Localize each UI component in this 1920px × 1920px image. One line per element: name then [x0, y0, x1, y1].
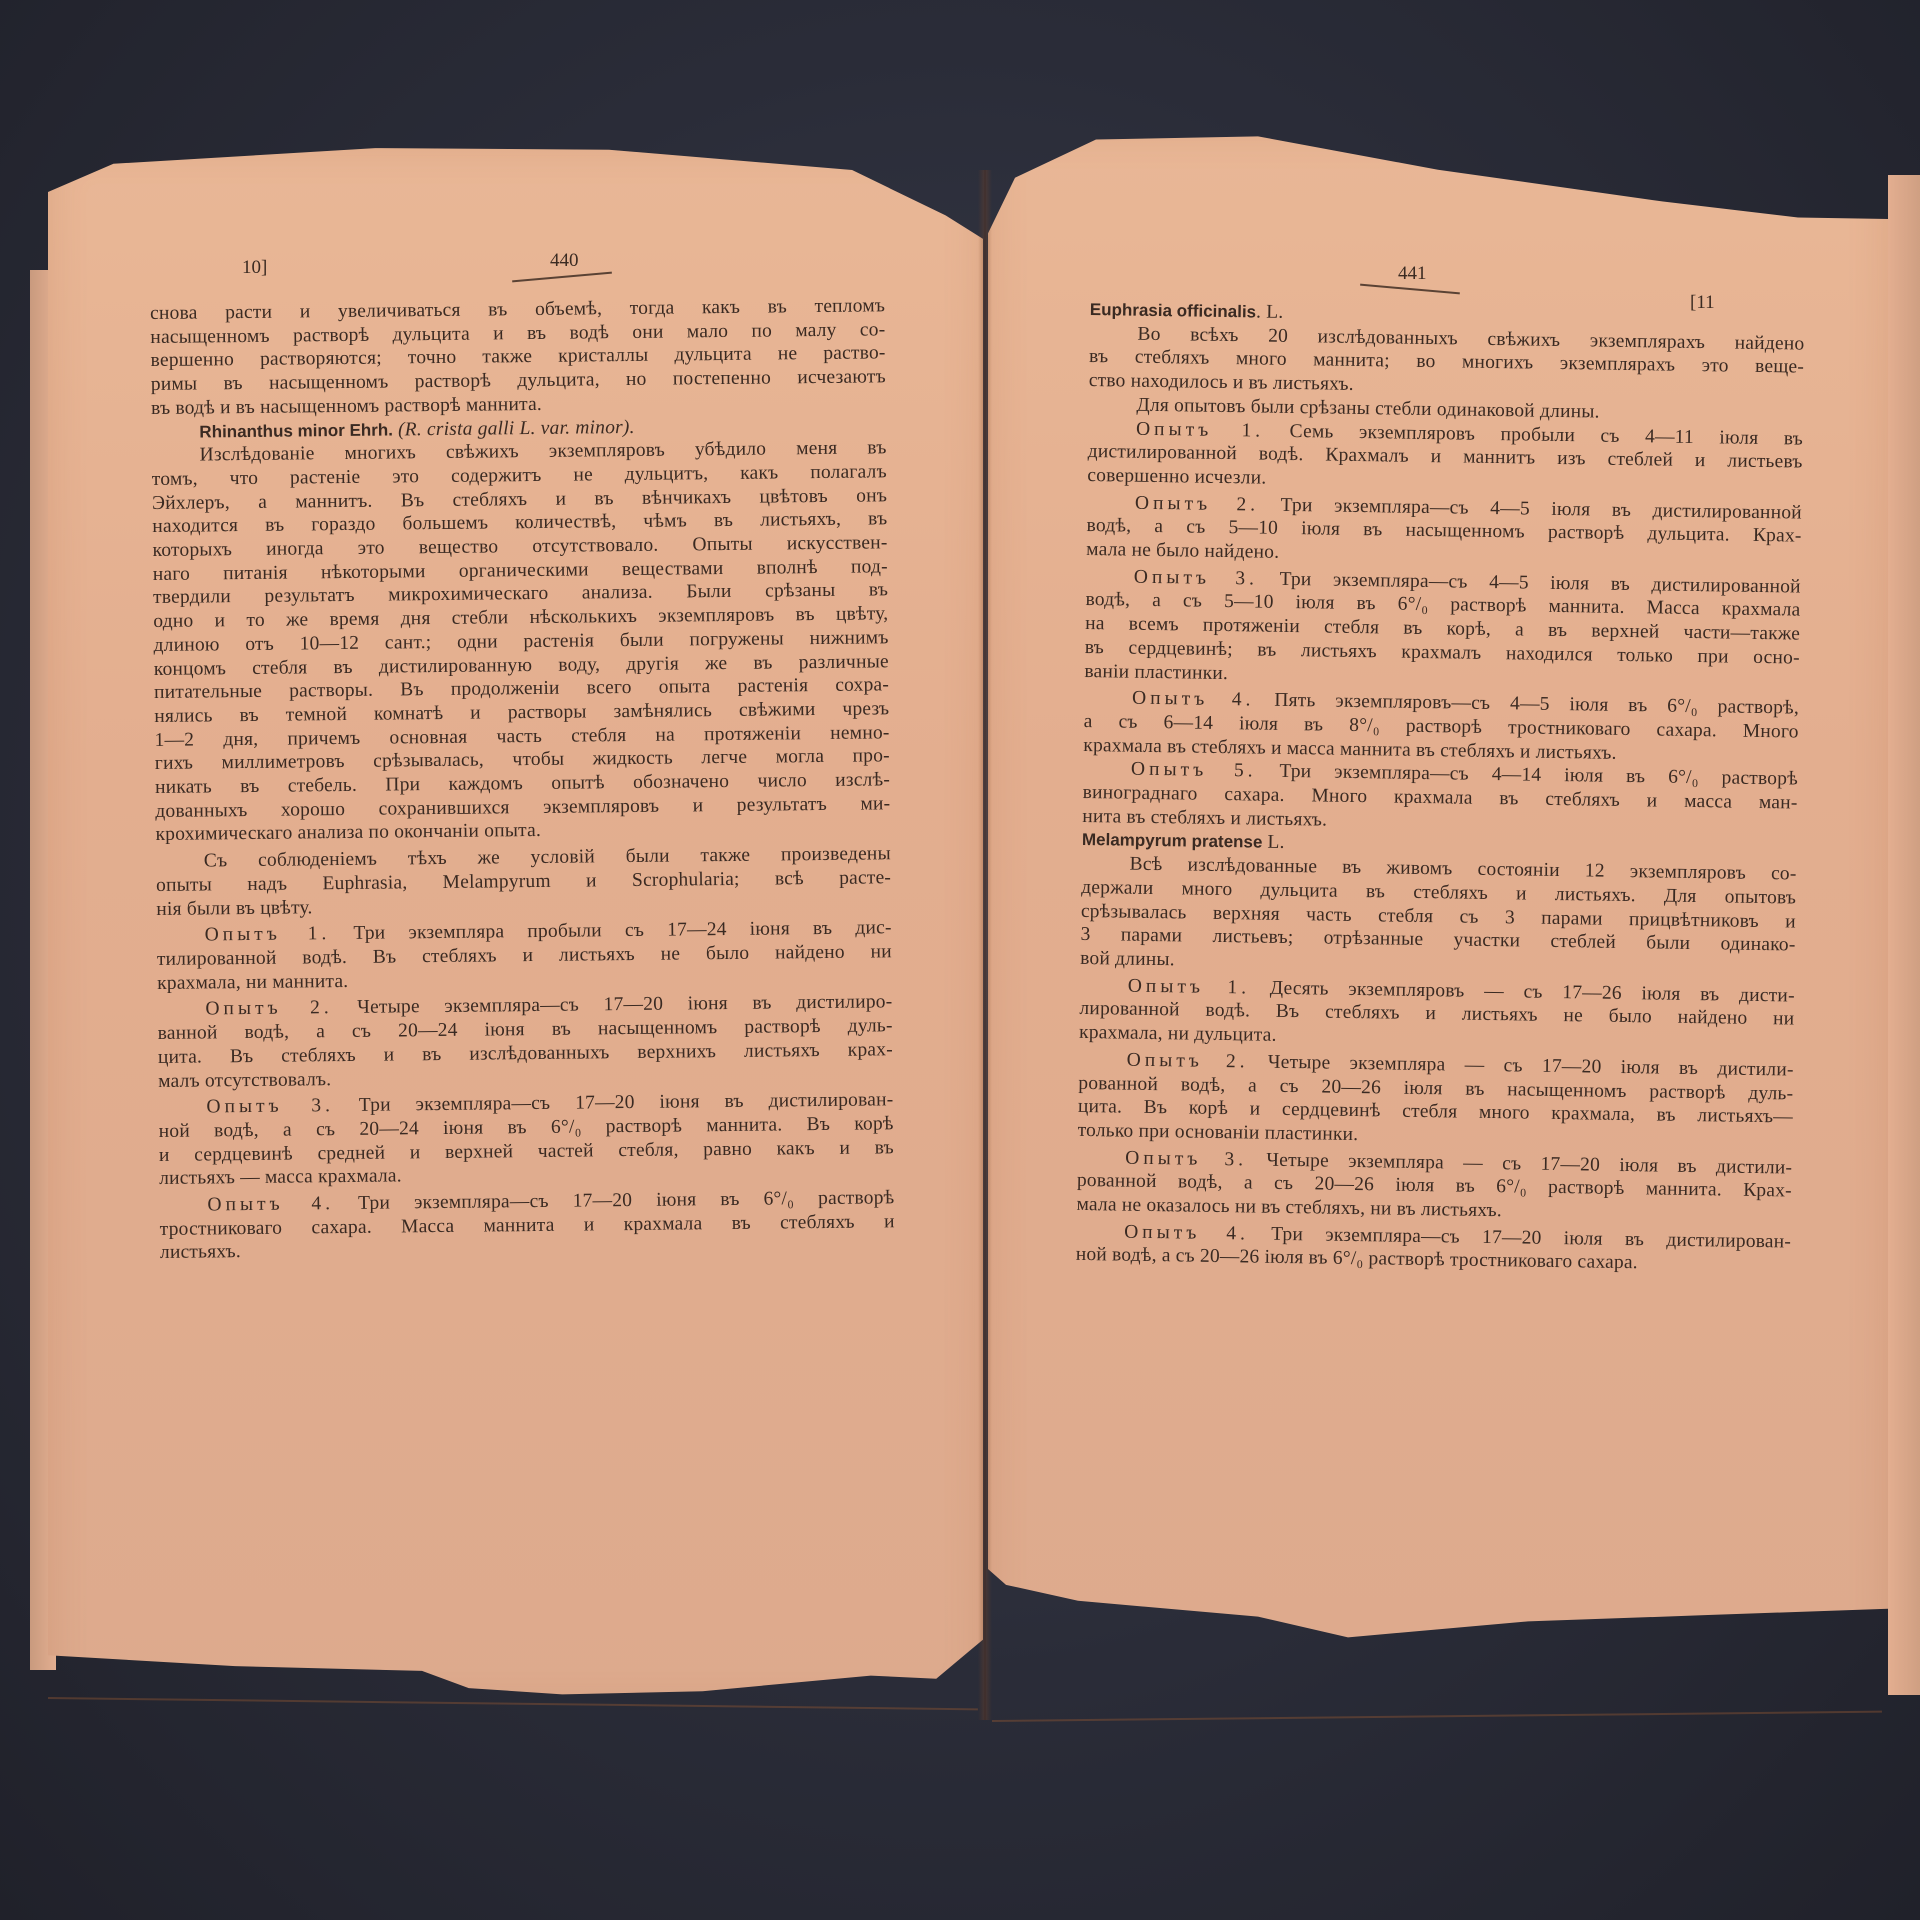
left-signature-mark: 10] [242, 257, 267, 279]
experiment-label: Опытъ 1. [205, 923, 331, 945]
left-page-fold-line [48, 1697, 978, 1710]
species-name: Euphrasia officinalis [1090, 300, 1257, 321]
book-gutter [978, 170, 992, 1720]
experiment-label: Опытъ 3. [1134, 566, 1258, 589]
species-name: Melampyrum pratense [1082, 830, 1263, 852]
experiment-label: Опытъ 4. [1124, 1221, 1249, 1244]
experiment-label: Опытъ 2. [205, 998, 332, 1020]
right-page-text: Euphrasia officinalis. L. Во всѣхъ 20 из… [1076, 298, 1805, 1278]
species-name: Rhinanthus minor Ehrh. [199, 420, 393, 441]
right-page-fold-line [992, 1711, 1882, 1722]
experiment-label: Опытъ 1. [1128, 975, 1251, 998]
experiment-label: Опытъ 4. [1132, 688, 1255, 711]
experiment-label: Опытъ 5. [1131, 759, 1257, 782]
experiment-label: Опытъ 2. [1135, 492, 1259, 515]
experiment-label: Опытъ 4. [207, 1193, 334, 1215]
left-page-text: снова расти и увеличиваться въ объемѣ, т… [150, 294, 895, 1265]
experiment-label: Опытъ 3. [1125, 1147, 1247, 1170]
left-page-number: 440 [550, 250, 579, 272]
experiment-label: Опытъ 2. [1127, 1049, 1249, 1072]
experiment-label: Опытъ 3. [206, 1095, 334, 1117]
open-book: 10] 440 441 [11 снова расти и увеличиват… [0, 0, 1920, 1920]
right-page-edge [1888, 175, 1920, 1695]
experiment-label: Опытъ 1. [1136, 418, 1264, 441]
species-synonym: (R. crista galli L. var. minor). [398, 416, 635, 439]
right-page-number: 441 [1398, 263, 1427, 285]
